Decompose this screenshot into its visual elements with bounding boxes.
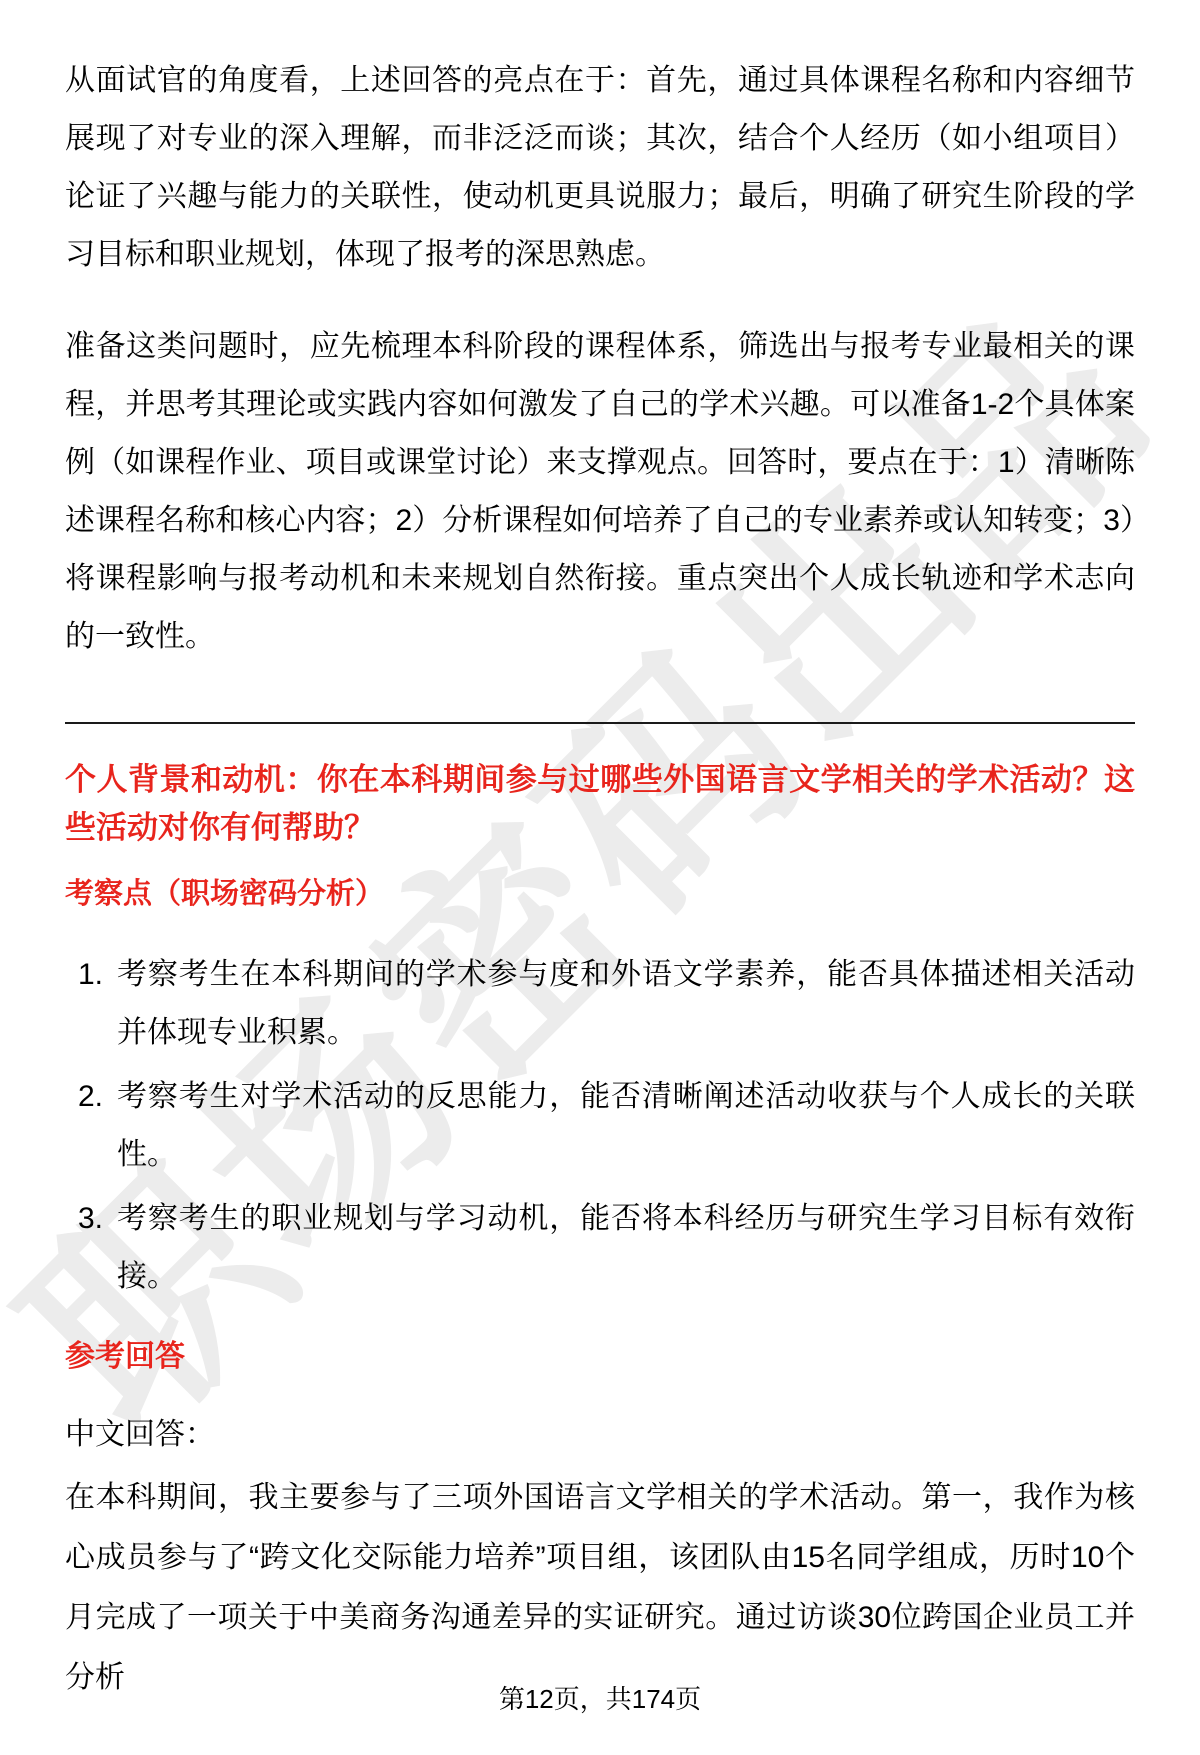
page-number: 第12页，共174页 [0,1682,1200,1716]
list-text: 考察考生对学术活动的反思能力，能否清晰阐述活动收获与个人成长的关联性。 [117,1068,1135,1184]
answer-paragraph: 在本科期间，我主要参与了三项外国语言文学相关的学术活动。第一，我作为核心成员参与… [65,1468,1135,1708]
assessment-point-item: 2. 考察考生对学术活动的反思能力，能否清晰阐述活动收获与个人成长的关联性。 [65,1068,1135,1184]
assessment-point-item: 1. 考察考生在本科期间的学术参与度和外语文学素养，能否具体描述相关活动并体现专… [65,946,1135,1062]
answer-language-label: 中文回答： [65,1406,1135,1464]
assessment-point-item: 3. 考察考生的职业规划与学习动机，能否将本科经历与研究生学习目标有效衔接。 [65,1190,1135,1306]
section-divider [65,722,1135,724]
reference-answer-heading: 参考回答 [65,1334,1135,1380]
assessment-points-heading: 考察点（职场密码分析） [65,872,1135,916]
document-page: 职场密码出品 从面试官的角度看，上述回答的亮点在于：首先，通过具体课程名称和内容… [0,0,1200,1755]
interviewer-analysis-paragraph: 从面试官的角度看，上述回答的亮点在于：首先，通过具体课程名称和内容细节展现了对专… [65,52,1135,284]
list-number: 1. [65,946,117,1062]
list-number: 2. [65,1068,117,1184]
list-text: 考察考生在本科期间的学术参与度和外语文学素养，能否具体描述相关活动并体现专业积累… [117,946,1135,1062]
list-text: 考察考生的职业规划与学习动机，能否将本科经历与研究生学习目标有效衔接。 [117,1190,1135,1306]
page-content: 从面试官的角度看，上述回答的亮点在于：首先，通过具体课程名称和内容细节展现了对专… [0,0,1200,1708]
assessment-points-list: 1. 考察考生在本科期间的学术参与度和外语文学素养，能否具体描述相关活动并体现专… [65,946,1135,1306]
question-heading: 个人背景和动机：你在本科期间参与过哪些外国语言文学相关的学术活动？这些活动对你有… [65,756,1135,852]
preparation-tips-paragraph: 准备这类问题时，应先梳理本科阶段的课程体系，筛选出与报考专业最相关的课程，并思考… [65,318,1135,666]
list-number: 3. [65,1190,117,1306]
